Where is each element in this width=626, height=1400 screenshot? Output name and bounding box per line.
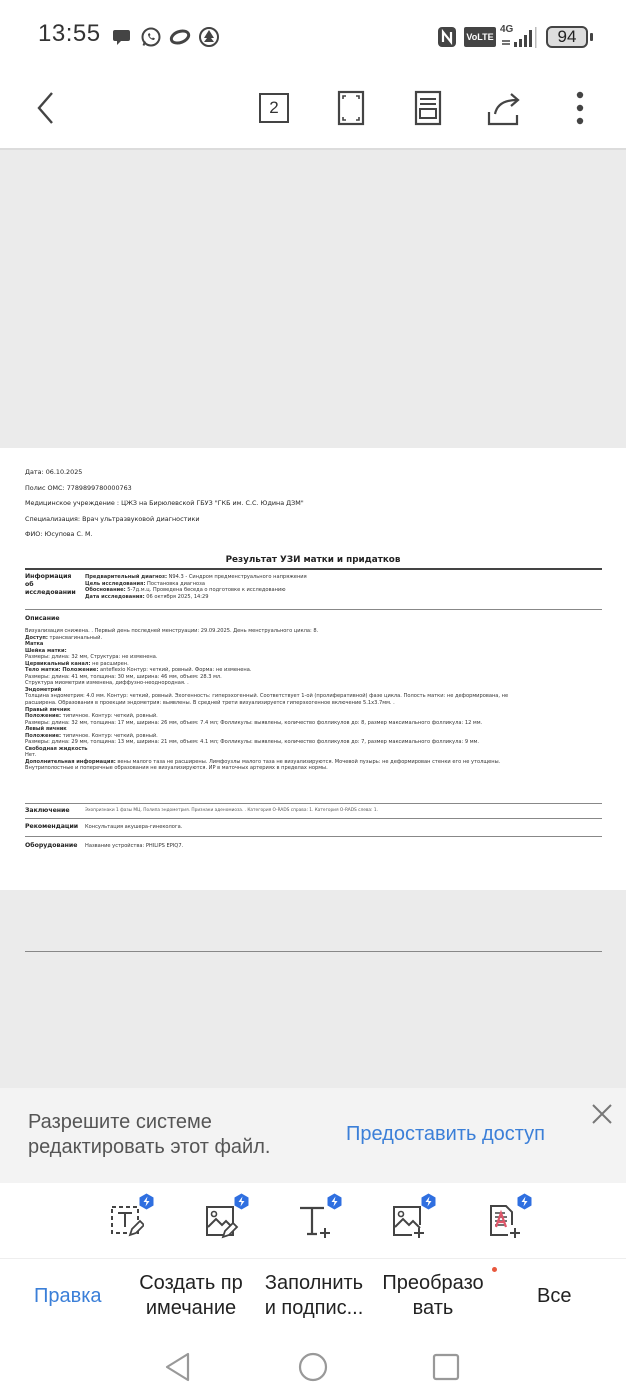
fullscreen-icon — [337, 90, 365, 126]
nfc-icon — [436, 26, 458, 48]
edit-image-tool[interactable] — [205, 1197, 253, 1241]
add-image-tool[interactable] — [392, 1197, 440, 1241]
info-divider — [25, 609, 602, 610]
premium-badge-icon — [138, 1193, 155, 1210]
desc-divider — [25, 951, 602, 952]
triangle-back-icon — [162, 1351, 194, 1383]
info-rows: Предварительный диагноз: N94.3 - Синдром… — [85, 574, 307, 600]
info-row: Дата исследования: 06 октября 2025, 14:2… — [85, 594, 307, 601]
edit-text-tool[interactable] — [110, 1197, 158, 1241]
reading-mode-button[interactable] — [406, 86, 450, 130]
tree-app-icon — [198, 26, 220, 48]
page-count-button[interactable]: 2 — [252, 86, 296, 130]
recommendations-text: Консультация акушера-гинеколога. — [85, 824, 182, 830]
edit-tools-row — [0, 1183, 626, 1259]
status-time: 13:55 — [38, 20, 101, 48]
top-toolbar: 2 — [0, 72, 626, 148]
equipment-text: Название устройства: PHILIPS EPIQ7. — [85, 843, 183, 849]
add-text-tool[interactable] — [298, 1197, 346, 1241]
tab-all[interactable]: Все — [537, 1284, 571, 1309]
title-divider — [25, 568, 602, 570]
banner-close-button[interactable] — [588, 1100, 616, 1128]
doc-date: Дата: 06.10.2025 — [25, 468, 82, 476]
doc-policy: Полис ОМС: 7789899780000763 — [25, 484, 132, 492]
notification-dot — [492, 1267, 497, 1272]
reading-mode-icon — [414, 90, 442, 126]
system-nav-bar — [0, 1337, 626, 1400]
tab-convert[interactable]: Преобразо вать — [376, 1271, 490, 1321]
premium-badge-icon — [420, 1193, 437, 1210]
premium-badge-icon — [326, 1193, 343, 1210]
whatsapp-icon — [140, 26, 162, 48]
premium-badge-icon — [516, 1193, 533, 1210]
banner-message: Разрешите системе редактировать этот фай… — [28, 1110, 328, 1160]
info-label: Информация об исследовании — [25, 573, 76, 597]
tab-edit[interactable]: Правка — [34, 1284, 102, 1309]
status-bar: 13:55 VoLTE 4G 94 — [0, 0, 626, 72]
fullscreen-button[interactable] — [329, 86, 373, 130]
nav-back-button[interactable] — [162, 1351, 194, 1383]
doc-doctor: ФИО: Юсупова С. М. — [25, 530, 93, 538]
recommendations-label: Рекомендации — [25, 823, 78, 831]
share-icon — [485, 90, 523, 126]
doc-specialization: Специализация: Врач ультразвуковой диагн… — [25, 515, 199, 523]
battery-tip — [590, 33, 593, 41]
grant-access-button[interactable]: Предоставить доступ — [346, 1123, 545, 1146]
edit-permission-banner: Разрешите системе редактировать этот фай… — [0, 1088, 626, 1183]
premium-badge-icon — [233, 1193, 250, 1210]
ring-icon — [169, 26, 191, 48]
equipment-label: Оборудование — [25, 842, 77, 850]
info-row: Предварительный диагноз: N94.3 - Синдром… — [85, 574, 307, 581]
description-label: Описание — [25, 615, 60, 623]
description-body: Визуализация снижена. . Первый день посл… — [25, 628, 605, 772]
nav-home-button[interactable] — [297, 1351, 329, 1383]
nav-recents-button[interactable] — [430, 1351, 462, 1383]
volte-icon: VoLTE — [464, 27, 496, 47]
conclusion-divider — [25, 818, 602, 819]
square-recents-icon — [430, 1351, 462, 1383]
document-viewer[interactable]: Дата: 06.10.2025 Полис ОМС: 778989978000… — [0, 148, 626, 1088]
doc-title: Результат УЗИ матки и придатков — [0, 555, 626, 565]
back-button[interactable] — [24, 86, 68, 130]
more-options-button[interactable] — [558, 86, 602, 130]
battery-indicator: 94 — [546, 26, 588, 48]
4g-signal-icon — [500, 27, 538, 49]
conclusion-top-divider — [25, 803, 602, 804]
info-row: Обоснование: 5-7д.м.ц. Проведена беседа … — [85, 587, 307, 594]
description-line: Внутриполостные и поперечные образования… — [25, 765, 605, 772]
tab-create-note[interactable]: Создать пр имечание — [134, 1271, 248, 1321]
page-count: 2 — [259, 93, 289, 123]
recommendations-divider — [25, 836, 602, 837]
share-button[interactable] — [482, 86, 526, 130]
conclusion-text: Эхопризнаки 1 фазы МЦ. Полипа эндометрия… — [85, 808, 378, 813]
circle-home-icon — [297, 1351, 329, 1383]
document-page: Дата: 06.10.2025 Полис ОМС: 778989978000… — [0, 448, 626, 890]
conclusion-label: Заключение — [25, 807, 70, 815]
bottom-tab-bar: Правка Создать пр имечание Заполнить и п… — [0, 1259, 626, 1337]
close-icon — [588, 1100, 616, 1128]
chat-bubble-icon — [112, 26, 134, 48]
add-watermark-tool[interactable] — [488, 1197, 536, 1241]
more-vertical-icon — [575, 90, 585, 126]
chevron-left-icon — [34, 91, 58, 125]
doc-institution: Медицинское учреждение : ЦЖЗ на Бирюлевс… — [25, 499, 304, 507]
tab-fill-and-sign[interactable]: Заполнить и подпис... — [257, 1271, 371, 1321]
